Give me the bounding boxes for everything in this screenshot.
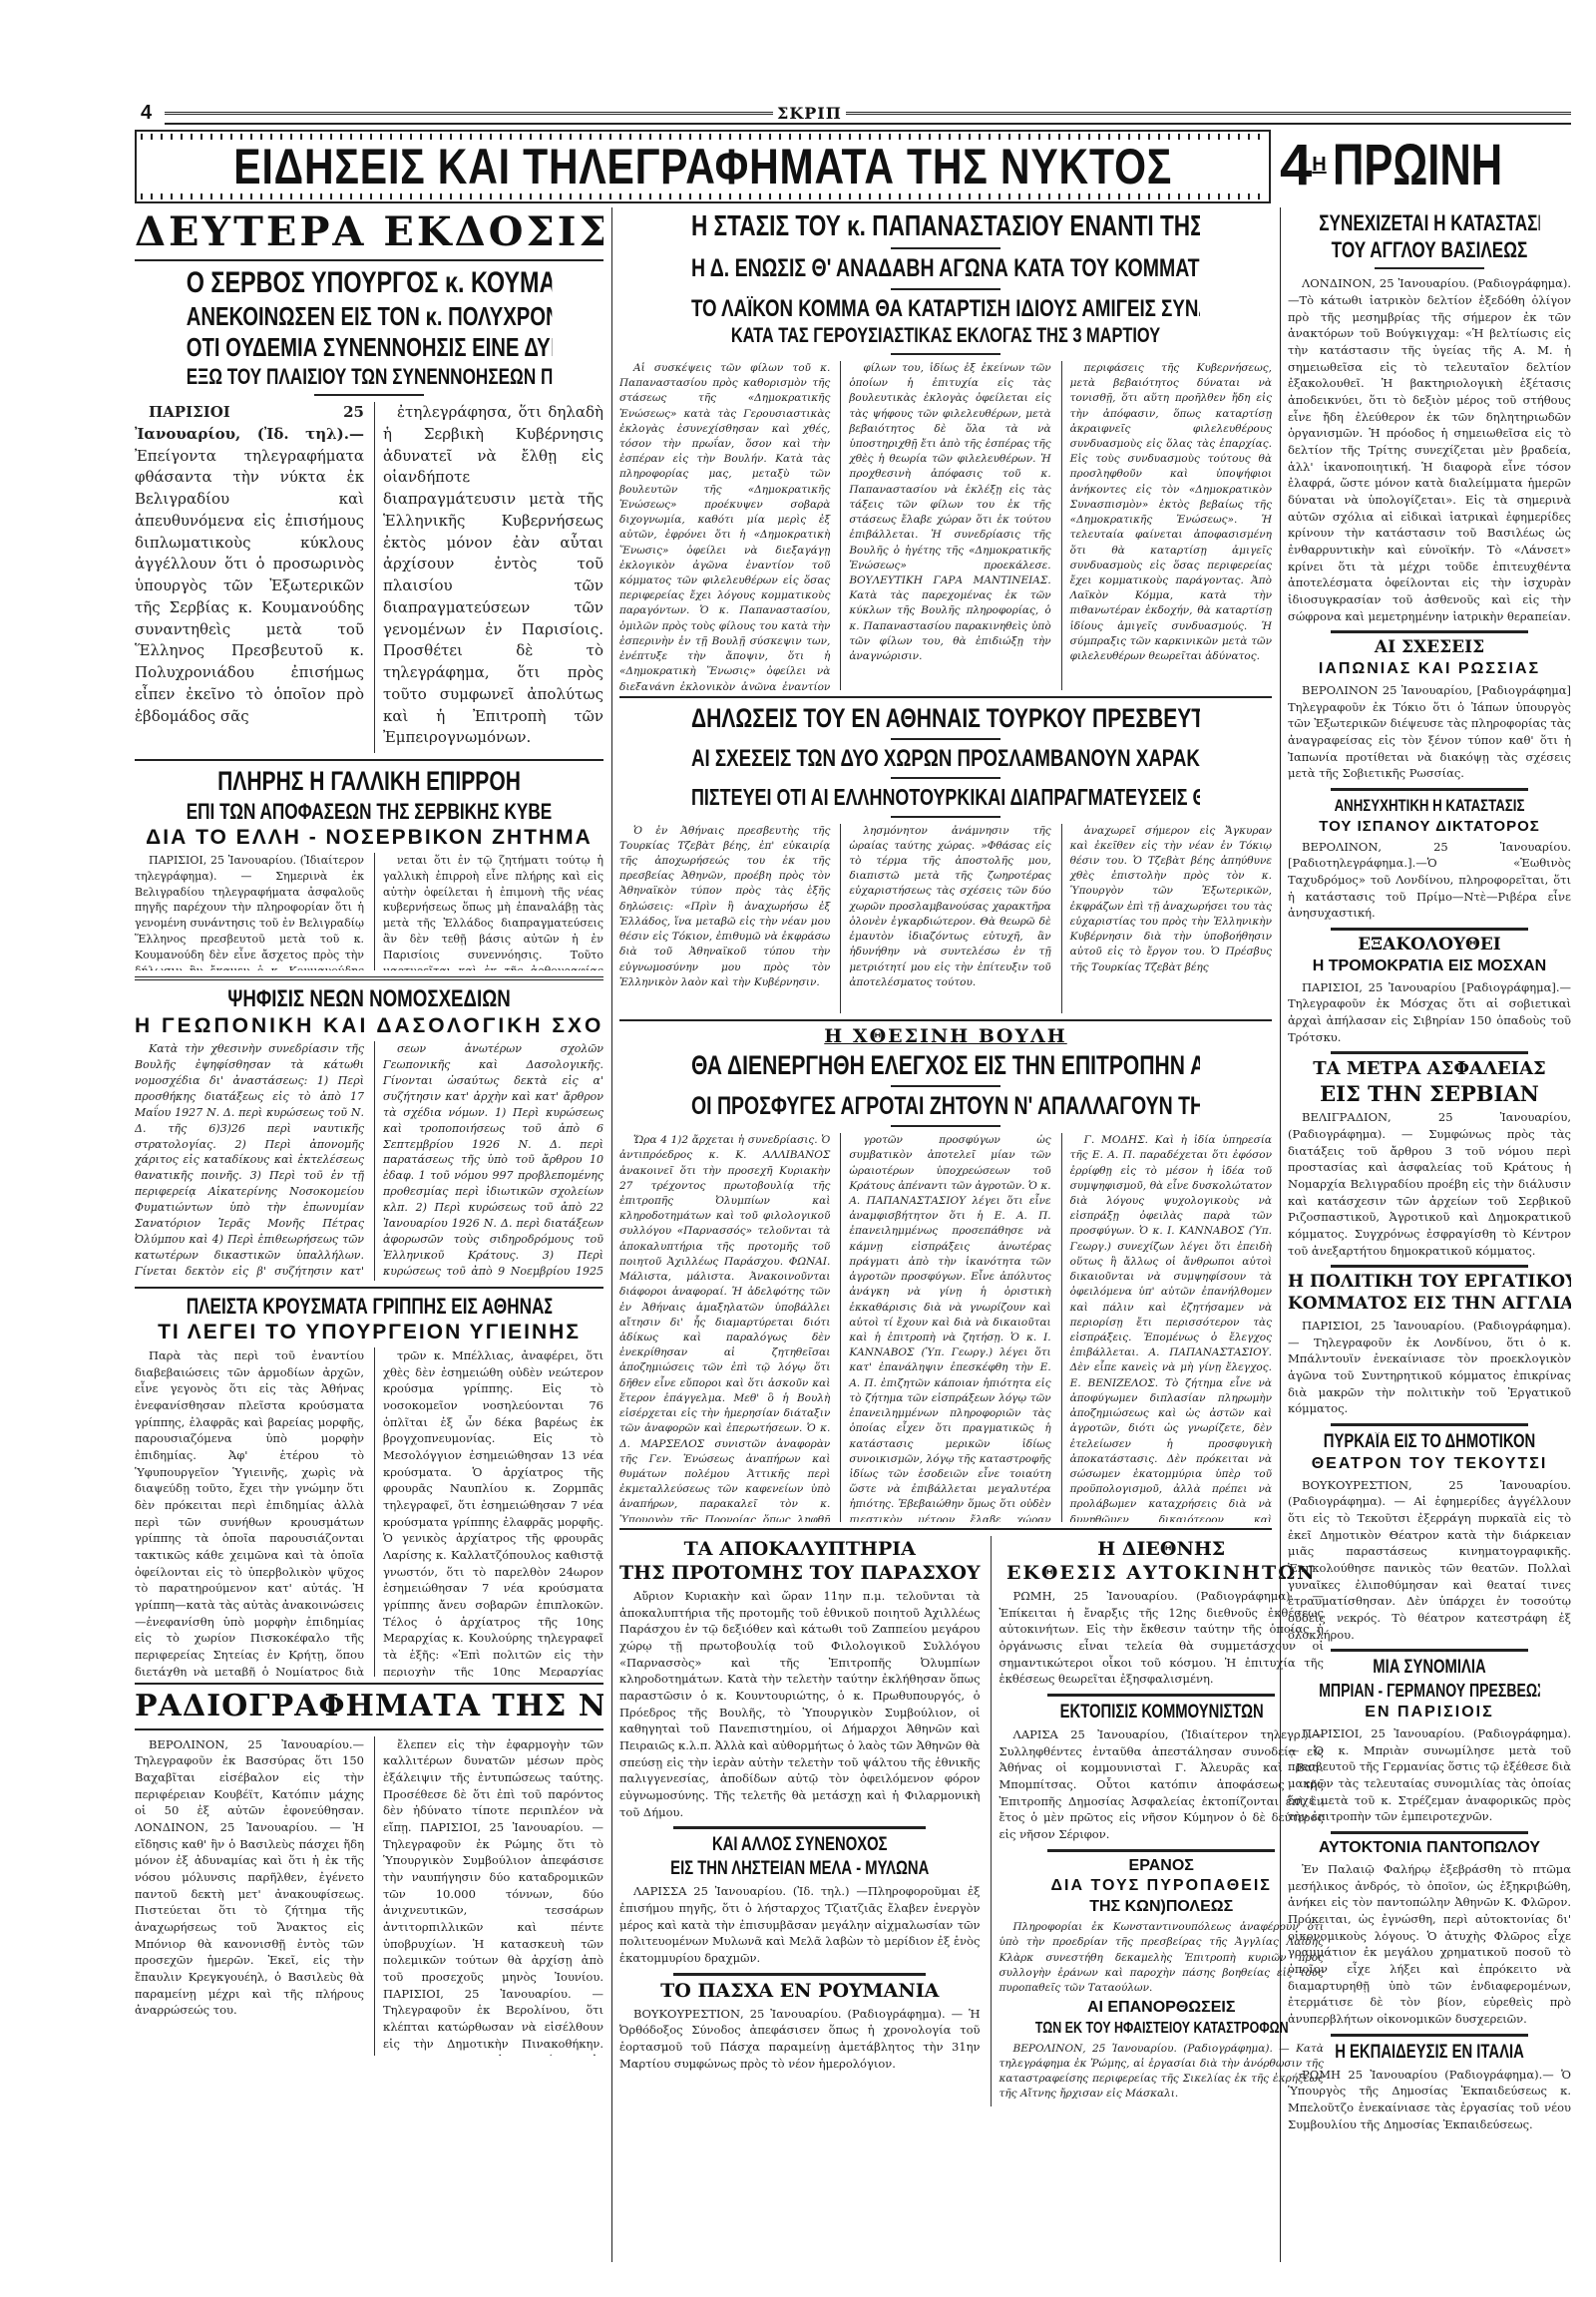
page-header-bar: 4 ΣΚΡΙΠ	[135, 108, 1571, 124]
article-easter-romania: ΤΟ ΠΑΣΧΑ ΕΝ ΡΟΥΜΑΝΙΑ ΒΟΥΚΟΥΡΕΣΤΙΟΝ, 25 Ἰ…	[619, 1982, 981, 2073]
banner-title: ΕΙΔΗΣΕΙΣ ΚΑΙ ΤΗΛΕΓΡΑΦΗΜΑΤΑ ΤΗΣ ΝΥΚΤΟΣ	[233, 138, 1172, 195]
article-moscow-terror: ΕΞΑΚΟΛΟΥΘΕΙ Η ΤΡΟΜΟΚΡΑΤΙΑ ΕΙΣ ΜΟΣΧΑΝ ΠΑΡ…	[1288, 937, 1571, 1045]
article-flu-athens: ΠΛΕΙΣΤΑ ΚΡΟΥΣΜΑΤΑ ΓΡΙΠΠΗΣ ΕΙΣ ΑΘΗΝΑΣ ΤΙ …	[135, 1295, 603, 1677]
article-labour-party: Η ΠΟΛΙΤΙΚΗ ΤΟΥ ΕΡΓΑΤΙΚΟΥ ΚΟΜΜΑΤΟΣ ΕΙΣ ΤΗ…	[1288, 1274, 1571, 1417]
header-rule	[165, 112, 1571, 125]
section-banner: ΕΙΔΗΣΕΙΣ ΚΑΙ ΤΗΛΕΓΡΑΦΗΜΑΤΑ ΤΗΣ ΝΥΚΤΟΣ	[135, 130, 1271, 203]
left-column: ΔΕΥΤΕΡΑ ΕΚΔΟΣΙΣ Ο ΣΕΡΒΟΣ ΥΠΟΥΡΓΟΣ κ. ΚΟΥ…	[135, 207, 603, 2056]
article-english-king: ΣΥΝΕΧΙΖΕΤΑΙ Η ΚΑΤΑΣΤΑΣΙΣ ΤΟΥ ΑΓΓΛΟΥ ΒΑΣΙ…	[1288, 211, 1571, 624]
center-bottom-grid: ΤΑ ΑΠΟΚΑΛΥΠΤΗΡΙΑ ΤΗΣ ΠΡΟΤΟΜΗΣ ΤΟΥ ΠΑΡΑΣΧ…	[619, 1536, 1272, 2106]
column-rule	[611, 207, 612, 2262]
newspaper-page: 4 ΣΚΡΙΠ ΕΙΔΗΣΕΙΣ ΚΑΙ ΤΗΛΕΓΡΑΦΗΜΑΤΑ ΤΗΣ Ν…	[135, 108, 1571, 2282]
masthead: ΣΚΡΙΠ	[773, 104, 846, 123]
article-japan-russia: ΑΙ ΣΧΕΣΕΙΣ ΙΑΠΩΝΙΑΣ ΚΑΙ ΡΩΣΣΙΑΣ ΒΕΡΟΛΙΝΟ…	[1288, 639, 1571, 782]
article-gallic-influence: ΠΛΗΡΗΣ Η ΓΑΛΛΙΚΗ ΕΠΙΡΡΟΗ ΕΠΙ ΤΩΝ ΑΠΟΦΑΣΕ…	[135, 767, 603, 969]
article-serb-minister: Ο ΣΕΡΒΟΣ ΥΠΟΥΡΓΟΣ κ. ΚΟΥΜΑΝΟΥΔΗΣ ΑΝΕΚΟΙΝ…	[135, 267, 603, 753]
article-new-bills: ΨΗΦΙΣΙΣ ΝΕΩΝ ΝΟΜΟΣΧΕΔΙΩΝ Η ΓΕΩΠΟΝΙΚΗ ΚΑΙ…	[135, 986, 603, 1281]
article-grocer-suicide: ΑΥΤΟΚΤΟΝΙΑ ΠΑΝΤΟΠΩΛΟΥ Ἐν Παλαιῷ Φαλήρῳ ἐ…	[1288, 1840, 1571, 2028]
article-parasxos-unveiling: ΤΑ ΑΠΟΚΑΛΥΠΤΗΡΙΑ ΤΗΣ ΠΡΟΤΟΜΗΣ ΤΟΥ ΠΑΡΑΣΧ…	[619, 1540, 981, 1820]
edition-label-right: 4ΗΠΡΩΙΝΗ	[1280, 130, 1571, 199]
article-spanish-dictator: ΑΝΗΣΥΧΗΤΙΚΗ Η ΚΑΤΑΣΤΑΣΙΣ ΤΟΥ ΙΣΠΑΝΟΥ ΔΙΚ…	[1288, 797, 1571, 922]
right-column: ΣΥΝΕΧΙΖΕΤΑΙ Η ΚΑΤΑΣΤΑΣΙΣ ΤΟΥ ΑΓΓΛΟΥ ΒΑΣΙ…	[1288, 207, 1571, 2136]
article-night-radiograms: ΡΑΔΙΟΓΡΑΦΗΜΑΤΑ ΤΗΣ ΝΥΚΤΟΣ ΒΕΡΟΛΙΝΟΝ, 25 …	[135, 1691, 603, 2056]
article-parliament: Η ΧΘΕΣΙΝΗ ΒΟΥΛΗ ΘΑ ΔΙΕΝΕΡΓΗΘΗ ΕΛΕΓΧΟΣ ΕΙ…	[619, 1027, 1272, 1523]
article-turkish-ambassador: ΔΗΛΩΣΕΙΣ ΤΟΥ ΕΝ ΑΘΗΝΑΙΣ ΤΟΥΡΚΟΥ ΠΡΕΣΒΕΥΤ…	[619, 704, 1272, 1013]
article-briand-meeting: ΜΙΑ ΣΥΝΟΜΙΛΙΑ ΜΠΡΙΑΝ - ΓΕΡΜΑΝΟΥ ΠΡΕΣΒΕΩΣ…	[1288, 1658, 1571, 1825]
article-auto-exhibition: Η ΔΙΕΘΝΗΣ ΕΚΘΕΣΙΣ ΑΥΤΟΚΙΝΗΤΩΝ ΡΩΜΗ, 25 Ἰ…	[999, 1540, 1324, 1688]
article-papanastasiou: Η ΣΤΑΣΙΣ ΤΟΥ κ. ΠΑΠΑΝΑΣΤΑΣΙΟΥ ΕΝΑΝΤΙ ΤΗΣ…	[619, 211, 1272, 690]
center-column: Η ΣΤΑΣΙΣ ΤΟΥ κ. ΠΑΠΑΝΑΣΤΑΣΙΟΥ ΕΝΑΝΤΙ ΤΗΣ…	[619, 207, 1272, 2106]
article-italy-education: Η ΕΚΠΑΙΔΕΥΣΙΣ ΕΝ ΙΤΑΛΙΑ ΡΩΜΗ 25 Ἰανουαρί…	[1288, 2043, 1571, 2133]
article-theatre-fire: ΠΥΡΚΑΪΑ ΕΙΣ ΤΟ ΔΗΜΟΤΙΚΟΝ ΘΕΑΤΡΟΝ ΤΟΥ ΤΕΚ…	[1288, 1432, 1571, 1643]
edition-title: ΔΕΥΤΕΡΑ ΕΚΔΟΣΙΣ	[135, 211, 603, 253]
article-etna-repairs: ΑΙ ΕΠΑΝΟΡΘΩΣΕΙΣ ΤΩΝ ΕΚ ΤΟΥ ΗΦΑΙΣΤΕΙΟΥ ΚΑ…	[999, 2000, 1324, 2102]
article-fire-victims-fund: ΕΡΑΝΟΣ ΔΙΑ ΤΟΥΣ ΠΥΡΟΠΑΘΕΙΣ ΤΗΣ ΚΩΝ)ΠΟΛΕΩ…	[999, 1858, 1324, 1996]
article-communists-exiled: ΕΚΤΟΠΙΣΙΣ ΚΟΜΜΟΥΝΙΣΤΩΝ ΛΑΡΙΣΑ 25 Ἰανουαρ…	[999, 1703, 1324, 1843]
article-serbia-security: ΤΑ ΜΕΤΡΑ ΑΣΦΑΛΕΙΑΣ ΕΙΣ ΤΗΝ ΣΕΡΒΙΑΝ ΒΕΛΙΓ…	[1288, 1060, 1571, 1259]
article-bandit-accomplice: ΚΑΙ ΑΛΛΟΣ ΣΥΝΕΝΟΧΟΣ ΕΙΣ ΤΗΝ ΛΗΣΤΕΙΑΝ ΜΕΛ…	[619, 1835, 981, 1966]
page-number: 4	[141, 102, 152, 125]
